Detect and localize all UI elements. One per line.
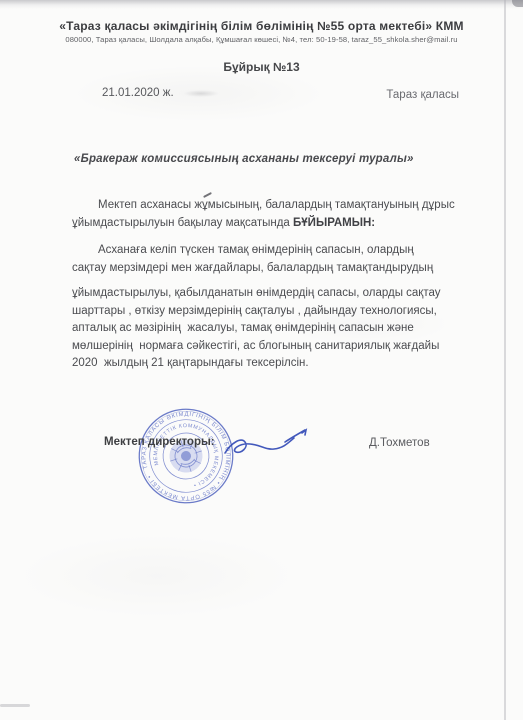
order-city: Тараз қаласы [386,89,459,101]
scan-edge-shadow [0,0,523,9]
paragraph-1: Мектеп асханасы жұмысының, балалардың та… [72,197,456,232]
scan-edge-line [504,0,506,720]
order-number-heading: Бұйрық №13 [0,60,523,74]
org-address: 080000, Тараз қаласы, Шолдала алқабы, Құ… [0,35,523,44]
paragraph-3: ұйымдастырылуы, қабылданатын өнімдердің … [72,285,464,373]
scan-bottom-artifact [0,704,30,707]
order-subject: «Бракераж комиссиясының асхананы тексеру… [74,153,494,165]
org-name: «Тараз қаласы әкімдігінің білім бөліміні… [0,19,523,33]
signature-role-label: Мектеп директоры: [104,436,215,448]
scan-smudge [183,90,219,97]
paragraph-2: Асханаға келіп түскен тамақ өнімдерінің … [72,242,450,277]
scan-corner-artifact [512,0,523,7]
decree-word: БҰЙЫРАМЫН: [293,217,375,229]
signature-handwriting [219,423,311,465]
order-date: 21.01.2020 ж. [102,87,174,99]
signature-name: Д.Тохметов [369,437,430,449]
paragraph-1-text: Мектеп асханасы жұмысының, балалардың та… [72,199,458,229]
scanned-document-page: «Тараз қаласы әкімдігінің білім бөліміні… [0,0,523,720]
